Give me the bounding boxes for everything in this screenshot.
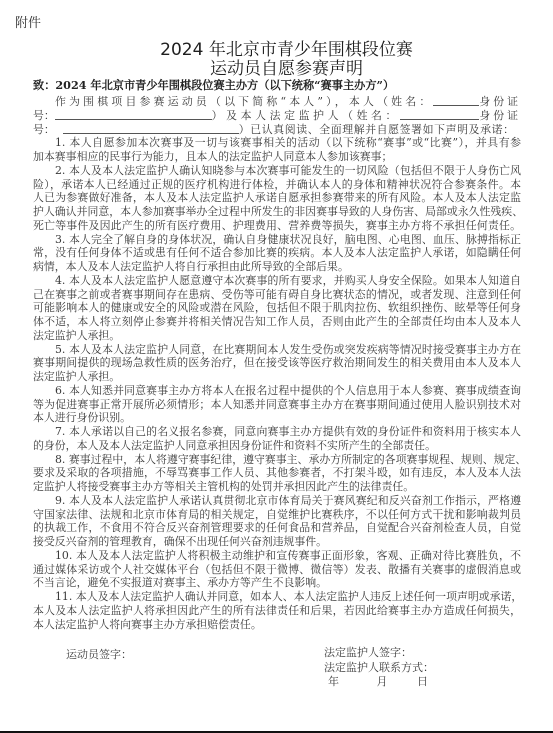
date-line: 年 月 日 bbox=[324, 675, 434, 690]
declaration-body: 作为围棋项目参赛运动员（以下简称“本人”），本人（姓名： 身份证 号： ）及本人… bbox=[33, 95, 521, 631]
clause-line: 等为促进赛事正常开展所必须情形；本人知悉并同意赛事主办方在赛事期间通过使用人脸识… bbox=[33, 398, 521, 412]
clause-line: 本人及本人法定监护人将承担因此产生的所有法律责任和后果，若因此给赛事主办方造成任… bbox=[33, 604, 521, 618]
guardian-id-field[interactable] bbox=[63, 123, 239, 134]
athlete-name-field[interactable] bbox=[433, 95, 479, 106]
clause-line: 9. 本人及本人法定监护人承诺认真贯彻北京市体育局关于赛风赛纪和反兴奋剂工作指示… bbox=[33, 494, 521, 508]
clause-line: 3. 本人完全了解自身的身体状况，确认自身健康状况良好，脑电图、心电图、血压、脉… bbox=[33, 233, 521, 247]
clause-line: 法定监护人承担。 bbox=[33, 370, 521, 384]
date-year-label: 年 bbox=[328, 675, 339, 690]
clause-line: 11. 本人及本人法定监护人确认并同意，如本人、本人法定监护人违反上述任何一项声… bbox=[33, 590, 521, 604]
clause-line: 的执裁工作，不食用不符合反兴奋剂管理要求的任何食品和营养品，自觉配合兴奋剂检查人… bbox=[33, 521, 521, 535]
clause-line: 5. 本人及本人法定监护人同意，在比赛期间本人发生受伤或突发疾病等情况时接受赛事… bbox=[33, 343, 521, 357]
clause-line: 7. 本人承诺以自己的名义报名参赛，同意向赛事主办方提供有效的身份证件和资料用于… bbox=[33, 425, 521, 439]
clause-line: 定监护人将接受赛事主办方等相关主管机构的处罚并承担因此产生的法律责任。 bbox=[33, 480, 521, 494]
clause-line: 通过媒体采访或个人社交媒体平台（包括但不限于微博、微信等）发表、散播有关赛事的虚… bbox=[33, 563, 521, 577]
clause-line: 己在赛事之前或者赛事期间存在患病、受伤等可能有碍自身比赛状态的情况，或者发现、注… bbox=[33, 288, 521, 302]
guardian-signature-block: 法定监护人签字： 法定监护人联系方式： 年 月 日 bbox=[324, 646, 434, 690]
clause-line: 护人确认并同意，本人参加赛事举办全过程中所发生的非因赛事导致的人身伤害、局部或永… bbox=[33, 205, 521, 219]
attachment-label: 附件 bbox=[15, 12, 41, 31]
clause-line: 6. 本人知悉并同意赛事主办方将本人在报名过程中提供的个人信息用于本人参赛、赛事… bbox=[33, 384, 521, 398]
clause-line: 的身份，本人及本人法定监护人同意承担因身份证件和资料不实所产生的全部责任。 bbox=[33, 439, 521, 453]
clause-1: 1. 本人自愿参加本次赛事及一切与该赛事相关的活动（以下统称“赛事”或“比赛”）… bbox=[33, 136, 521, 164]
athlete-id-field[interactable] bbox=[55, 109, 212, 120]
guardian-signature-label: 法定监护人签字： bbox=[324, 646, 434, 661]
intro-line-3: 号： ）已认真阅读、全面理解并自愿签署如下声明及承诺： bbox=[33, 123, 521, 137]
guardian-name-field[interactable] bbox=[400, 109, 479, 120]
clause-line: 常，没有任何身体不适或患有任何不适合参加比赛的疾病。本人及本人法定监护人承诺，如… bbox=[33, 246, 521, 260]
clause-line: 可能影响本人的健康或安全的风险或潜在风险，包括但不限于肌肉拉伤、软组织挫伤、眩晕… bbox=[33, 301, 521, 315]
clause-line: 守国家法律、法规和北京市体育局的相关规定，自觉维护比赛秩序，不以任何方式干扰和影… bbox=[33, 508, 521, 522]
clause-line: 本人法定监护人将向赛事主办方承担赔偿责任。 bbox=[33, 618, 521, 632]
guardian-contact-label: 法定监护人联系方式： bbox=[324, 661, 434, 676]
id-label-cont: 号： bbox=[33, 109, 55, 123]
intro-line-2: 号： ）及本人法定监护人（姓名： 身份证 bbox=[33, 109, 521, 123]
document-title-line2: 运动员自愿参赛声明 bbox=[0, 54, 553, 79]
clause-line: 人已为参赛做好准备，本人及本人法定监护人承诺自愿承担参赛带来的所有风险。本人及本… bbox=[33, 191, 521, 205]
clause-line: 死亡等事件及因此产生的所有医疗费用、护理费用、营养费等损失，赛事主办方将不承担任… bbox=[33, 219, 521, 233]
intro-text: ）已认真阅读、全面理解并自愿签署如下声明及承诺： bbox=[239, 123, 515, 137]
clause-6: 6. 本人知悉并同意赛事主办方将本人在报名过程中提供的个人信息用于本人参赛、赛事… bbox=[33, 384, 521, 425]
clause-line: 4. 本人及本人法定监护人愿意遵守本次赛事的所有要求，并购买人身安全保险。如果本… bbox=[33, 274, 521, 288]
clause-line: 10. 本人及本人法定监护人将积极主动维护和宣传赛事正面形象，客观、正确对待比赛… bbox=[33, 549, 521, 563]
clause-2: 2. 本人及本人法定监护人确认知晓参与本次赛事可能发生的一切风险（包括但不限于人… bbox=[33, 164, 521, 233]
clause-line: 病情，本人及本人法定监护人将自行承担由此所导致的全部后果。 bbox=[33, 260, 521, 274]
intro-text: 作为围棋项目参赛运动员（以下简称“本人”），本人（姓名： bbox=[55, 95, 433, 109]
clause-line: 加本赛事相应的民事行为能力，且本人的法定监护人同意本人参加该赛事； bbox=[33, 150, 521, 164]
clause-11: 11. 本人及本人法定监护人确认并同意，如本人、本人法定监护人违反上述任何一项声… bbox=[33, 590, 521, 631]
clause-line: 1. 本人自愿参加本次赛事及一切与该赛事相关的活动（以下统称“赛事”或“比赛”）… bbox=[33, 136, 521, 150]
addressee-line: 致：2024 年北京市青少年围棋段位赛主办方（以下统称“赛事主办方”） bbox=[33, 77, 394, 93]
clause-line: 要求及采取的各项措施，不辱骂赛事工作人员、其他参赛者，不打架斗殴，如有违反，本人… bbox=[33, 466, 521, 480]
clause-9: 9. 本人及本人法定监护人承诺认真贯彻北京市体育局关于赛风赛纪和反兴奋剂工作指示… bbox=[33, 494, 521, 549]
clause-line: 法定监护人承担。 bbox=[33, 329, 521, 343]
id-label: 身份证 bbox=[479, 95, 521, 109]
clause-5: 5. 本人及本人法定监护人同意，在比赛期间本人发生受伤或突发疾病等情况时接受赛事… bbox=[33, 343, 521, 384]
clause-line: 接受反兴奋剂的管理教育，确保不出现任何兴奋剂违规事件。 bbox=[33, 535, 521, 549]
clause-10: 10. 本人及本人法定监护人将积极主动维护和宣传赛事正面形象，客观、正确对待比赛… bbox=[33, 549, 521, 590]
clause-4: 4. 本人及本人法定监护人愿意遵守本次赛事的所有要求，并购买人身安全保险。如果本… bbox=[33, 274, 521, 343]
date-day-label: 日 bbox=[417, 675, 428, 690]
clause-line: 不当言论，避免不实报道对赛事主、承办方等产生不良影响。 bbox=[33, 576, 521, 590]
clause-line: 体不适，本人将立刻停止参赛并将相关情况告知工作人员，否则由此产生的全部责任均由本… bbox=[33, 315, 521, 329]
clause-7: 7. 本人承诺以自己的名义报名参赛，同意向赛事主办方提供有效的身份证件和资料用于… bbox=[33, 425, 521, 453]
clause-line: 8. 赛事过程中，本人将遵守赛事纪律，遵守赛事主、承办方所制定的各项赛事规程、规… bbox=[33, 453, 521, 467]
athlete-signature-label: 运动员签字： bbox=[66, 646, 132, 662]
date-month-label: 月 bbox=[377, 675, 388, 690]
id-label: 身份证 bbox=[479, 109, 521, 123]
clause-line: 赛事期间提供的现场急救性质的医务治疗，但在接受该等医疗救治期间发生的相关费用由本… bbox=[33, 356, 521, 370]
clause-line: 2. 本人及本人法定监护人确认知晓参与本次赛事可能发生的一切风险（包括但不限于人… bbox=[33, 164, 521, 178]
clause-line: 险），承诺本人已经通过正规的医疗机构进行体检，并确认本人的身体和精神状况符合参赛… bbox=[33, 178, 521, 192]
clause-line: 本人进行身份识别。 bbox=[33, 411, 521, 425]
clause-8: 8. 赛事过程中，本人将遵守赛事纪律，遵守赛事主、承办方所制定的各项赛事规程、规… bbox=[33, 453, 521, 494]
clause-3: 3. 本人完全了解自身的身体状况，确认自身健康状况良好，脑电图、心电图、血压、脉… bbox=[33, 233, 521, 274]
intro-line-1: 作为围棋项目参赛运动员（以下简称“本人”），本人（姓名： 身份证 bbox=[33, 95, 521, 109]
id-label-cont: 号： bbox=[33, 123, 55, 137]
intro-text: ）及本人法定监护人（姓名： bbox=[212, 109, 400, 123]
